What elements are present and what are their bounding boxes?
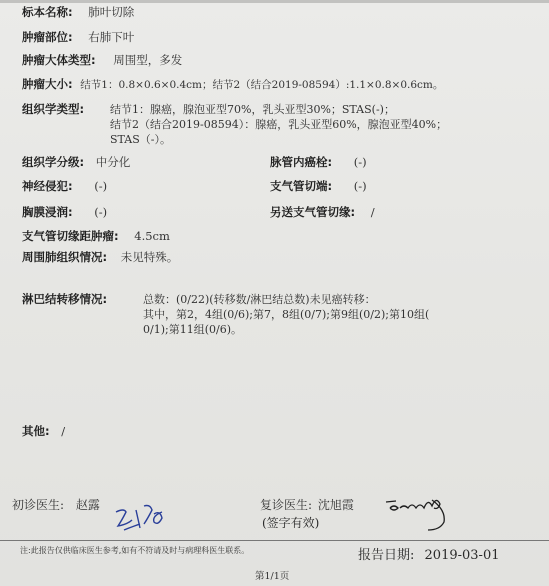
- separate-bronchial-margin-label: 另送支气管切缘:: [270, 205, 355, 219]
- surrounding-lung-value: 未见特殊。: [121, 250, 179, 264]
- separate-bronchial-margin-value: /: [371, 205, 375, 219]
- other-label: 其他:: [22, 424, 50, 438]
- other-value: /: [61, 424, 65, 438]
- margin-distance-label: 支气管切缘距肿瘤:: [22, 229, 119, 243]
- review-doctor-label: 复诊医生:: [260, 498, 312, 512]
- gross-type-value: 周围型，多发: [113, 53, 182, 67]
- nerve-invasion-value: (-): [94, 179, 107, 193]
- bronchial-stump-value: (-): [354, 179, 367, 193]
- separate-bronchial-margin-row: 另送支气管切缘: /: [270, 205, 375, 220]
- report-date-label: 报告日期:: [358, 548, 414, 563]
- lymph-node-value: 总数：(0/22)(转移数/淋巴结总数)未见癌转移： 其中，第2，4组(0/6)…: [143, 292, 429, 337]
- footer-divider: [0, 540, 549, 541]
- review-doctor-row: 复诊医生: 沈旭霞: [260, 498, 354, 513]
- histology-type-line: 结节2（结合2019-08594）：腺癌，乳头亚型60%，腺泡亚型40%；: [110, 117, 447, 132]
- pleural-invasion-label: 胸膜浸润:: [22, 205, 73, 219]
- nerve-invasion-label: 神经侵犯:: [22, 179, 73, 193]
- nerve-invasion-row: 神经侵犯: (-): [22, 179, 107, 194]
- tumor-site-label: 肿瘤部位:: [22, 30, 73, 44]
- initial-doctor-row: 初诊医生: 赵露: [12, 498, 100, 513]
- margin-distance-row: 支气管切缘距肿瘤: 4.5cm: [22, 229, 170, 244]
- tumor-site-value: 右肺下叶: [88, 30, 134, 44]
- histology-grade-row: 组织学分级: 中分化: [22, 155, 130, 170]
- specimen-name-label: 标本名称:: [22, 5, 73, 19]
- review-doctor-signature: [382, 492, 462, 534]
- bronchial-stump-row: 支气管切端: (-): [270, 179, 367, 194]
- margin-distance-value: 4.5cm: [134, 229, 170, 243]
- specimen-name-value: 肺叶切除: [88, 5, 134, 19]
- pleural-invasion-value: (-): [94, 205, 107, 219]
- bronchial-stump-label: 支气管切端:: [270, 179, 332, 193]
- vascular-embolus-row: 脉管内癌栓: (-): [270, 155, 367, 170]
- histology-grade-value: 中分化: [96, 155, 131, 169]
- report-date-value: 2019-03-01: [425, 548, 500, 563]
- initial-doctor-signature: [110, 500, 170, 536]
- initial-doctor-label: 初诊医生:: [12, 498, 64, 512]
- footer-note: 注:此报告仅供临床医生参考,如有不符请及时与病理科医生联系。: [20, 545, 249, 556]
- lymph-node-line: 总数：(0/22)(转移数/淋巴结总数)未见癌转移：: [143, 292, 429, 307]
- gross-type-label: 肿瘤大体类型:: [22, 53, 96, 67]
- review-doctor-name: 沈旭霞: [318, 498, 354, 512]
- histology-type-value: 结节1：腺癌，腺泡亚型70%，乳头亚型30%；STAS(-)； 结节2（结合20…: [110, 102, 447, 147]
- histology-type-line: 结节1：腺癌，腺泡亚型70%，乳头亚型30%；STAS(-)；: [110, 102, 447, 117]
- histology-type-label-row: 组织学类型:: [22, 102, 84, 117]
- tumor-size-row: 肿瘤大小: 结节1：0.8×0.6×0.4cm；结节2（结合2019-08594…: [22, 77, 443, 93]
- initial-doctor-name: 赵露: [76, 498, 100, 512]
- tumor-site-row: 肿瘤部位: 右肺下叶: [22, 30, 134, 45]
- gross-type-row: 肿瘤大体类型: 周围型，多发: [22, 53, 182, 68]
- tumor-size-value: 结节1：0.8×0.6×0.4cm；结节2（结合2019-08594）:1.1×…: [80, 79, 443, 91]
- lymph-node-label: 淋巴结转移情况:: [22, 292, 107, 306]
- other-row: 其他: /: [22, 424, 65, 439]
- histology-type-line: STAS（-）。: [110, 132, 447, 147]
- vascular-embolus-label: 脉管内癌栓:: [270, 155, 332, 169]
- report-date: 报告日期: 2019-03-01: [358, 544, 499, 563]
- signature-note: (签字有效): [262, 516, 319, 531]
- specimen-name-row: 标本名称: 肺叶切除: [22, 5, 134, 20]
- histology-type-label: 组织学类型:: [22, 102, 84, 116]
- pleural-invasion-row: 胸膜浸润: (-): [22, 205, 107, 220]
- page-top-edge: [0, 0, 549, 3]
- tumor-size-label: 肿瘤大小:: [22, 77, 73, 91]
- lymph-node-line: 0/1);第11组(0/6)。: [143, 322, 429, 337]
- surrounding-lung-label: 周围肺组织情况:: [22, 250, 107, 264]
- lymph-node-line: 其中，第2，4组(0/6);第7，8组(0/7);第9组(0/2);第10组(: [143, 307, 429, 322]
- lymph-node-label-row: 淋巴结转移情况:: [22, 292, 107, 307]
- surrounding-lung-row: 周围肺组织情况: 未见特殊。: [22, 250, 178, 265]
- vascular-embolus-value: (-): [354, 155, 367, 169]
- page-number: 第1/1页: [255, 568, 289, 582]
- histology-grade-label: 组织学分级:: [22, 155, 84, 169]
